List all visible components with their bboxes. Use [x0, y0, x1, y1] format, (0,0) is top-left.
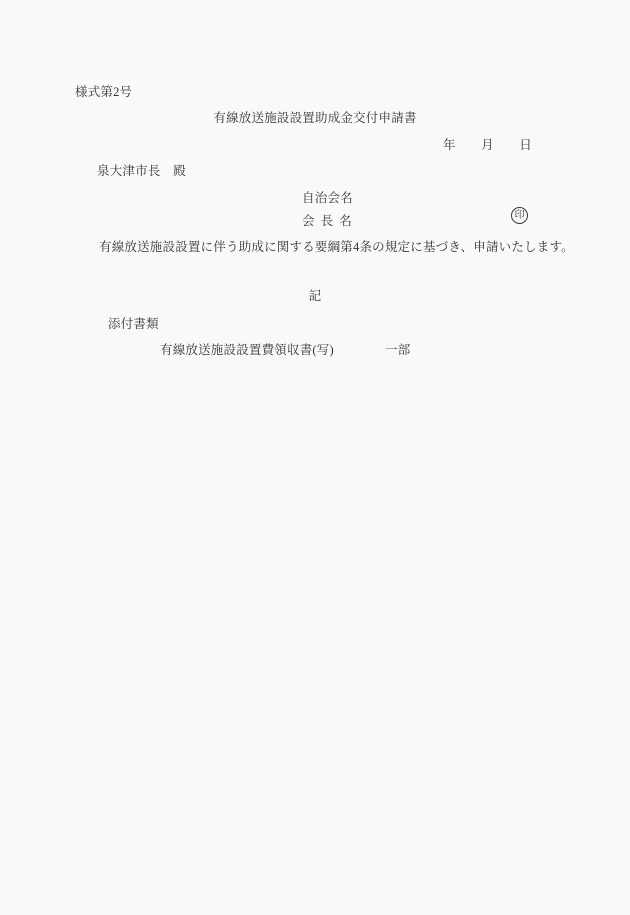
attachment-item-quantity: 一部 — [385, 340, 410, 358]
document-page: 様式第2号 有線放送施設設置助成金交付申請書 年 月 日 泉大津市長 殿 自治会… — [0, 0, 630, 915]
date-line: 年 月 日 — [443, 135, 532, 153]
section-marker: 記 — [0, 286, 630, 304]
chairman-name-label: 会 長 名 — [302, 211, 353, 229]
application-body-text: 有線放送施設設置に伴う助成に関する要綱第4条の規定に基づき、申請いたします。 — [99, 237, 574, 255]
form-number: 様式第2号 — [75, 82, 132, 100]
document-title: 有線放送施設設置助成金交付申請書 — [0, 108, 630, 126]
attachments-heading: 添付書類 — [108, 314, 159, 332]
seal-icon: 印 — [511, 207, 528, 224]
addressee-line: 泉大津市長 殿 — [97, 161, 186, 179]
association-name-label: 自治会名 — [302, 188, 353, 206]
attachment-item-name: 有線放送施設設置費領収書(写) — [160, 340, 334, 358]
